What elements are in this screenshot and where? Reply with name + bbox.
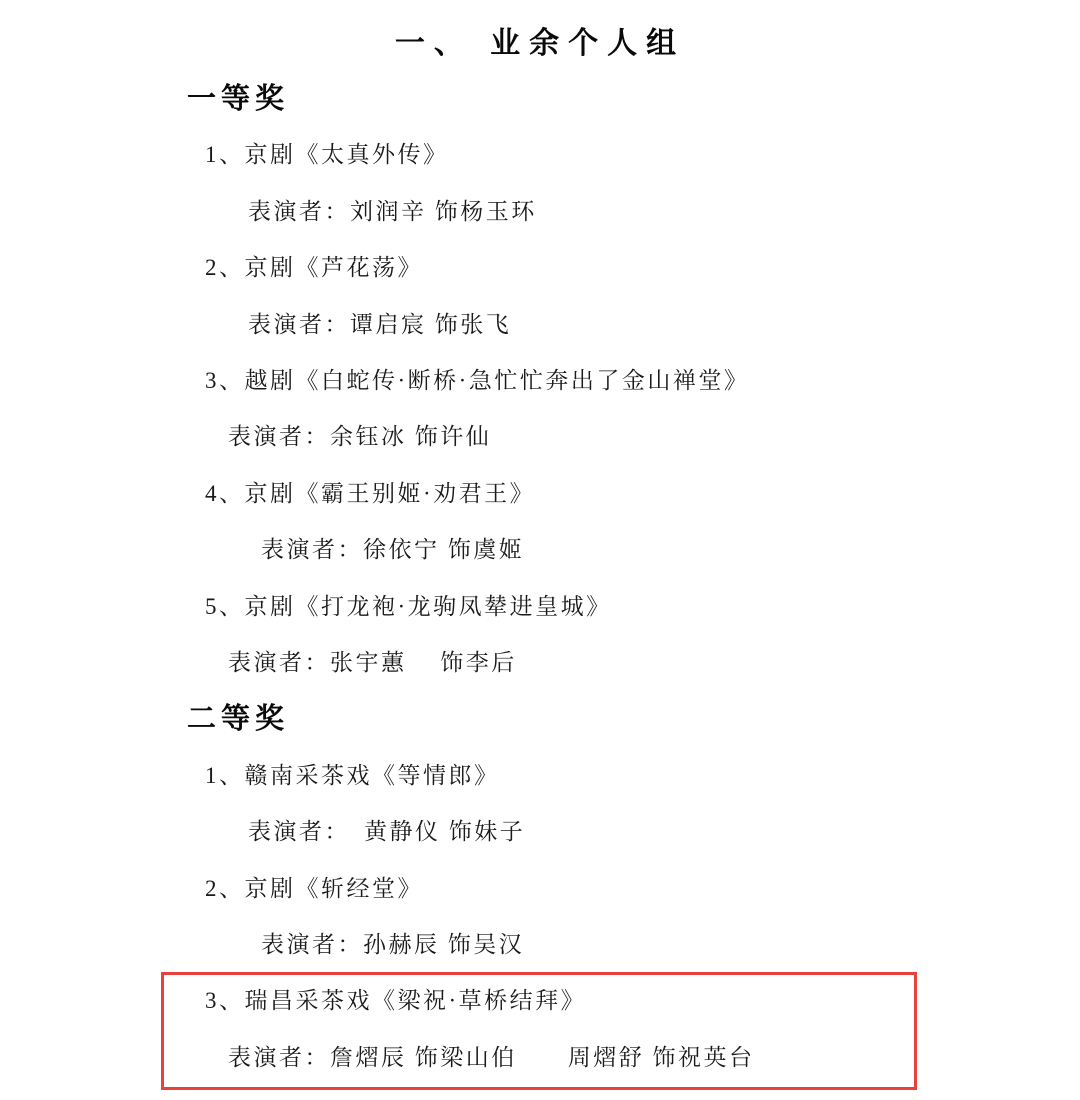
entry-performers-first-1: 表演者：刘润辛 饰杨玉环	[248, 181, 1080, 237]
entry-title-second-1: 1、赣南采茶戏《等情郎》	[205, 745, 1080, 801]
entry-title-second-2: 2、京剧《斩经堂》	[205, 858, 1080, 914]
entry-title-second-3: 3、瑞昌采茶戏《梁祝·草桥结拜》	[205, 971, 1080, 1027]
entry-title-first-4: 4、京剧《霸王别姬·劝君王》	[205, 463, 1080, 519]
entry-title-first-3: 3、越剧《白蛇传·断桥·急忙忙奔出了金山禅堂》	[205, 350, 1080, 406]
entry-title-first-1: 1、京剧《太真外传》	[205, 125, 1080, 181]
page-title: 一、 业余个人组	[0, 12, 1080, 68]
entry-performers-first-5: 表演者：张宇蕙 饰李后	[228, 632, 1080, 688]
entry-performers-first-4: 表演者：徐依宁 饰虞姬	[261, 520, 1080, 576]
entry-performers-first-3: 表演者：余钰冰 饰许仙	[228, 407, 1080, 463]
section-heading-first-prize: 一等奖	[187, 68, 1080, 124]
section-heading-second-prize: 二等奖	[187, 689, 1080, 745]
entry-performers-first-2: 表演者：谭启宸 饰张飞	[248, 294, 1080, 350]
entry-performers-second-1: 表演者： 黄静仪 饰妹子	[248, 801, 1080, 857]
entry-title-first-2: 2、京剧《芦花荡》	[205, 238, 1080, 294]
document-page: 一、 业余个人组 一等奖 1、京剧《太真外传》 表演者：刘润辛 饰杨玉环 2、京…	[0, 0, 1080, 1100]
entry-title-first-5: 5、京剧《打龙袍·龙驹凤辇进皇城》	[205, 576, 1080, 632]
entry-performers-second-3: 表演者：詹熠辰 饰梁山伯 周熠舒 饰祝英台	[228, 1027, 1080, 1083]
entry-performers-second-2: 表演者：孙赫辰 饰吴汉	[261, 914, 1080, 970]
